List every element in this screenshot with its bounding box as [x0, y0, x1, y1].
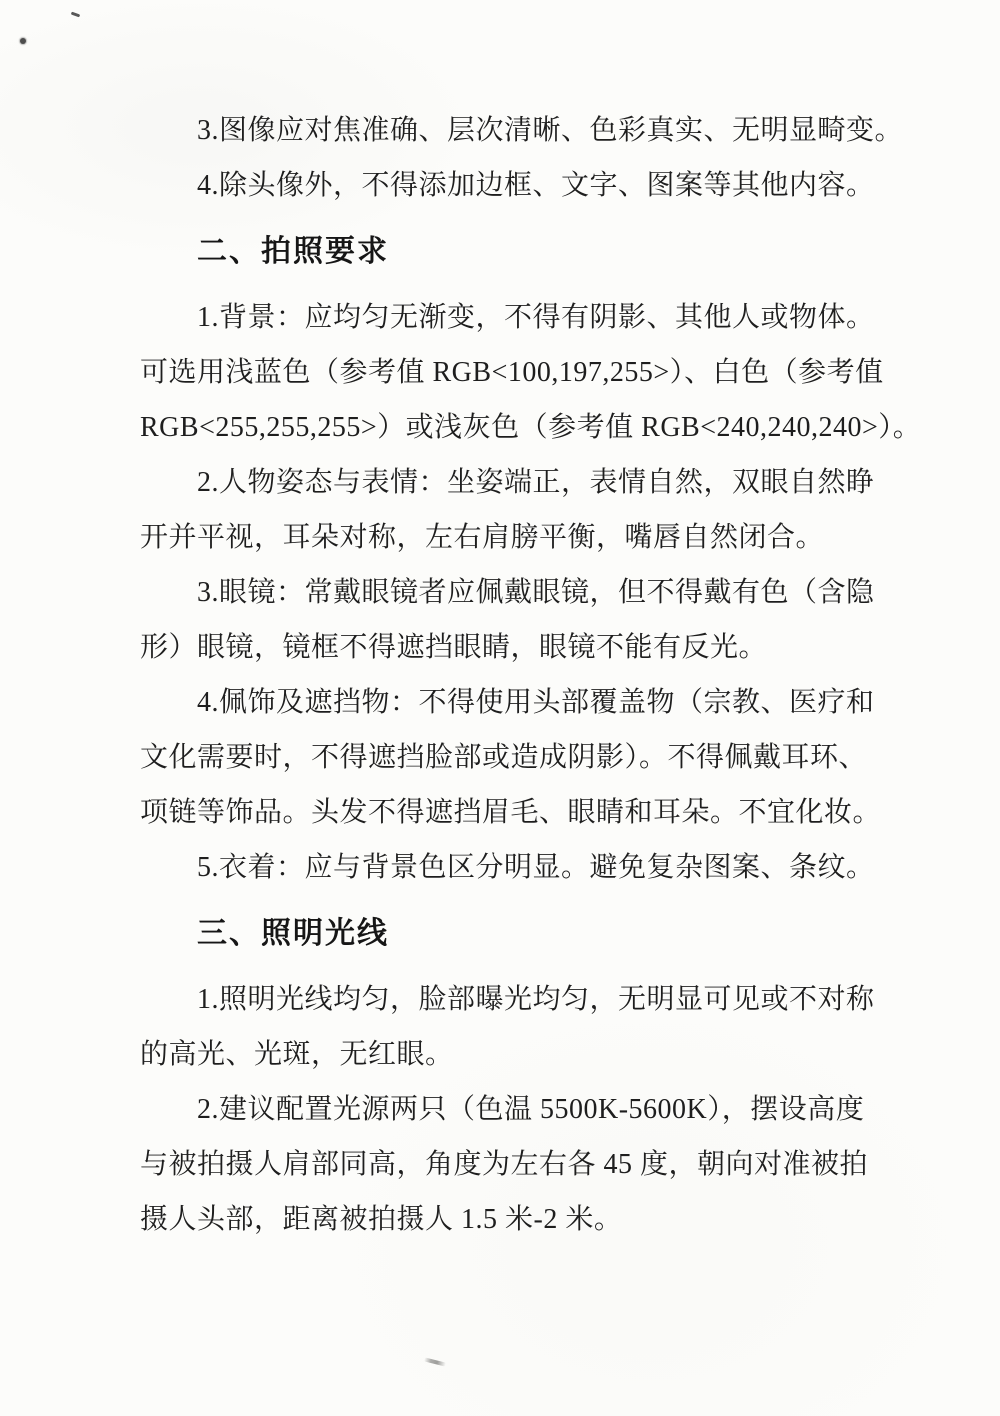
text-line-pose-2: 开并平视，耳朵对称，左右肩膀平衡，嘴唇自然闭合。: [140, 510, 880, 565]
text-line-clothing: 5.衣着：应与背景色区分明显。避免复杂图案、条纹。: [140, 840, 880, 895]
section-heading-photo-requirements: 二、拍照要求: [140, 224, 880, 279]
text-line-accessories-1: 4.佩饰及遮挡物：不得使用头部覆盖物（宗教、医疗和: [140, 675, 880, 730]
section-heading-lighting: 三、照明光线: [140, 906, 880, 961]
text-line-item4-no-additions: 4.除头像外，不得添加边框、文字、图案等其他内容。: [140, 158, 880, 213]
text-line-background-3: RGB<255,255,255>）或浅灰色（参考值 RGB<240,240,24…: [140, 400, 880, 455]
text-line-background-2: 可选用浅蓝色（参考值 RGB<100,197,255>）、白色（参考值: [140, 345, 880, 400]
text-line-pose-1: 2.人物姿态与表情：坐姿端正，表情自然，双眼自然睁: [140, 455, 880, 510]
text-line-light-source-1: 2.建议配置光源两只（色温 5500K-5600K），摆设高度: [140, 1082, 880, 1137]
scan-speck-dot: [20, 38, 26, 44]
text-line-glasses-2: 形）眼镜，镜框不得遮挡眼睛，眼镜不能有反光。: [140, 620, 880, 675]
text-line-accessories-3: 项链等饰品。头发不得遮挡眉毛、眼睛和耳朵。不宜化妆。: [140, 785, 880, 840]
text-line-glasses-1: 3.眼镜：常戴眼镜者应佩戴眼镜，但不得戴有色（含隐: [140, 565, 880, 620]
text-line-lighting-2: 的高光、光斑，无红眼。: [140, 1027, 880, 1082]
text-line-background-1: 1.背景：应均匀无渐变，不得有阴影、其他人或物体。: [140, 290, 880, 345]
scan-speck-tick: [71, 12, 80, 18]
text-line-light-source-2: 与被拍摄人肩部同高，角度为左右各 45 度，朝向对准被拍: [140, 1137, 880, 1192]
text-line-lighting-1: 1.照明光线均匀，脸部曝光均匀，无明显可见或不对称: [140, 972, 880, 1027]
scan-speck-squiggle: [424, 1357, 446, 1366]
text-line-light-source-3: 摄人头部，距离被拍摄人 1.5 米-2 米。: [140, 1192, 880, 1247]
text-line-accessories-2: 文化需要时，不得遮挡脸部或造成阴影）。不得佩戴耳环、: [140, 730, 880, 785]
text-line-item3-image-quality: 3.图像应对焦准确、层次清晰、色彩真实、无明显畸变。: [140, 103, 880, 158]
scanned-document-page: 3.图像应对焦准确、层次清晰、色彩真实、无明显畸变。 4.除头像外，不得添加边框…: [0, 0, 1000, 1416]
document-body: 3.图像应对焦准确、层次清晰、色彩真实、无明显畸变。 4.除头像外，不得添加边框…: [140, 103, 880, 1247]
